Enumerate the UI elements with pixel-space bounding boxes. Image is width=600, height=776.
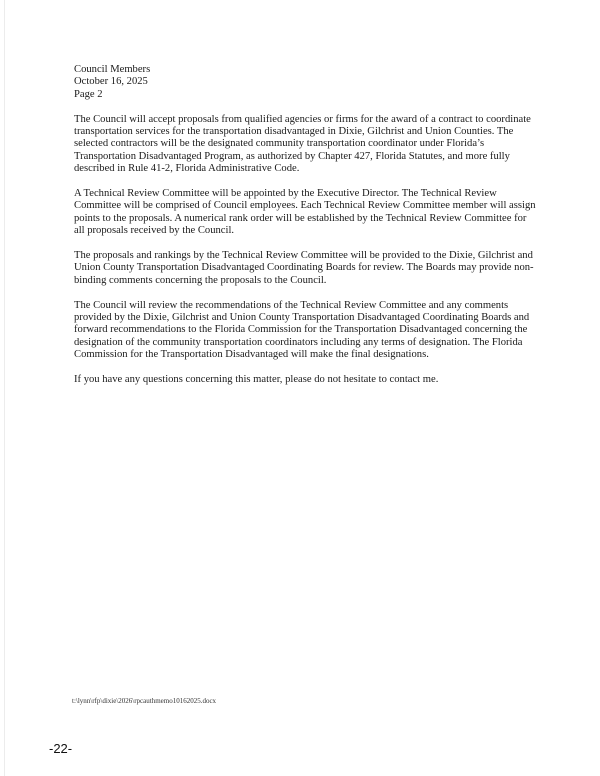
page-number: -22- bbox=[49, 741, 72, 756]
recipient-line: Council Members bbox=[74, 64, 536, 76]
paragraph-coordinating-boards: The proposals and rankings by the Techni… bbox=[74, 250, 536, 287]
page-line: Page 2 bbox=[74, 89, 536, 101]
paragraph-review-committee: A Technical Review Committee will be app… bbox=[74, 188, 536, 238]
document-file-path: t:\lynn\rfp\dixie\2026\rpcauthmemo101620… bbox=[72, 697, 216, 706]
date-line: October 16, 2025 bbox=[74, 76, 536, 88]
letter-body: Council Members October 16, 2025 Page 2 … bbox=[74, 64, 536, 386]
letter-header: Council Members October 16, 2025 Page 2 bbox=[74, 64, 536, 101]
paragraph-contact: If you have any questions concerning thi… bbox=[74, 374, 536, 386]
paragraph-council-review: The Council will review the recommendati… bbox=[74, 300, 536, 362]
paragraph-proposals-accepted: The Council will accept proposals from q… bbox=[74, 114, 536, 176]
scan-page-edge bbox=[4, 0, 5, 776]
